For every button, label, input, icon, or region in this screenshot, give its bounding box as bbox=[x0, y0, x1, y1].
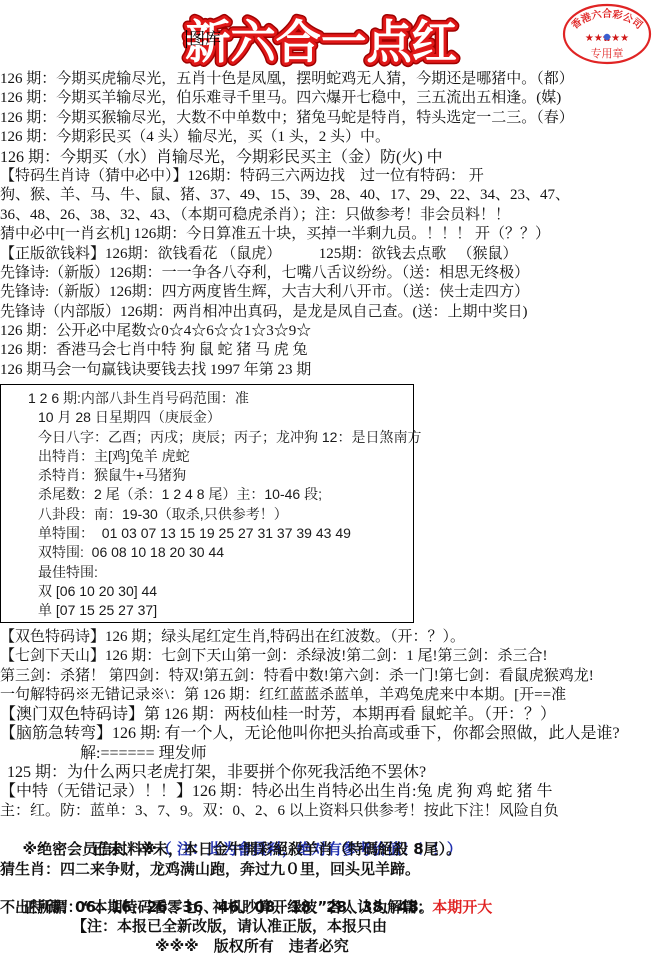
box-line: 双 [06 10 20 30] 44 bbox=[38, 582, 413, 601]
prediction-line: 【正版欲钱料】126期：欲钱看花 （鼠虎） 125期：欲钱去点歌 （猴鼠） bbox=[0, 245, 574, 264]
guess-zodiac-line: 猜生肖：四二来争财，龙鸡满山跑，奔过九０里，回头见羊蹄。 bbox=[0, 860, 620, 879]
poem-line: 先锋诗:（新版）126期：一一争各八夺利，七嘴八舌议纷纷。（送：相思无终极） bbox=[0, 264, 574, 283]
buchu-line: 不出特碼：06、16、26、36、46、08、18、28、38、48。 bbox=[0, 898, 620, 917]
zhengsuowei-answer: 本期开大 bbox=[432, 898, 492, 916]
member-line: ※绝密会员信封料※（ 注：此为會員料，绝对有参考价值！！！） bbox=[0, 821, 620, 840]
bagua-info-box: 1 2 6 期:内部八卦生肖号码范围：准 10 月 28 日星期四（庚辰金） 今… bbox=[0, 384, 414, 623]
aomen-poem: 【澳门双色特码诗】第 126 期：两枝仙桂一时芳，本期再看 鼠蛇羊。（开：？） bbox=[0, 705, 620, 724]
yiju-line: 一句解特码※无错记录※\：第 126 期：红红蓝蓝杀蓝单，羊鸡兔虎来中本期。[开… bbox=[0, 686, 620, 705]
qijian-line-1: 【七剑下天山】126 期：七剑下天山第一剑：杀绿波!第二剑：1 尾!第三剑：杀三… bbox=[0, 647, 620, 666]
copyright-line: ※※※ 版权所有 违者必究 bbox=[0, 937, 620, 956]
riddle-125: 125 期：为什么两只老虎打架，非要拼个你死我活绝不罢休? bbox=[0, 763, 620, 782]
box-line: 今日八字：乙酉；丙戌；庚辰；丙子；龙冲狗 12：是日煞南方 bbox=[38, 428, 413, 447]
prediction-line: 126 期马会一句赢钱诀要钱去找 1997 年第 23 期 bbox=[0, 361, 574, 380]
poem-header-line: 【特码生肖诗（猜中必中）】126期：特码三六两边找 过一位有特码： 开 bbox=[0, 167, 574, 186]
numbers-line: 36、48、26、38、32、43、（本期可稳虎杀肖）；注：只做参考！非会员料！… bbox=[0, 206, 574, 225]
zhengsuowei-line: 正所謂：“本期特码看零七，神机眇算开绿波”各人认为解篇：本期开大 bbox=[0, 879, 620, 898]
poem-line: 先锋诗（内部版）126期：两肖相冲出真码，是龙是凤自己查。(送：上期中奖日) bbox=[0, 303, 574, 322]
stamp-bottom-text: 专用章 bbox=[591, 46, 624, 60]
riddle-answer: 解:====== 理发师 bbox=[0, 744, 620, 763]
box-line: 杀特肖：猴鼠牛+马猪狗 bbox=[38, 466, 413, 485]
box-line: 八卦段：南：19-30（取杀,只供参考！） bbox=[38, 505, 413, 524]
tail-number-line: 126 期：公开必中尾数☆0☆4☆6☆☆1☆3☆9☆ bbox=[0, 322, 574, 341]
box-line: 1 2 6 期:内部八卦生肖号码范围：准 bbox=[28, 389, 413, 408]
newspaper-page: 新六合一点红 新六合一点红 图库 香港六合彩公司 ★★✿★★ 专用章 126 期… bbox=[0, 0, 653, 957]
box-line: 单 [07 15 25 27 37] bbox=[38, 601, 413, 620]
qijian-line-2: 第三剑：杀猪！ 第四剑：特双!第五剑：特看中数!第六剑：杀一门!第七剑：看鼠虎猴… bbox=[0, 667, 620, 686]
bottom-predictions: 【双色特码诗】126 期；绿头尾红定生肖,特码出在红波数。（开：？）。 【七剑下… bbox=[0, 628, 620, 956]
gallery-label: 图库 bbox=[186, 30, 221, 48]
prediction-line: 126 期：今期买猴输尽光，大数不中单数中；猪兔马蛇是特肖，特头选定一二三。（春… bbox=[0, 109, 574, 128]
box-line: 出特肖：主[鸡]兔羊 虎蛇 bbox=[38, 447, 413, 466]
flower-icon bbox=[604, 34, 610, 40]
poem-line: 先锋诗:（新版）126期：四方两度皆生辉，大吉大利八开市。（送：侠士走四方） bbox=[0, 283, 574, 302]
shuangse-poem: 【双色特码诗】126 期；绿头尾红定生肖,特码出在红波数。（开：？）。 bbox=[0, 628, 620, 647]
riddle-question: 【脑筋急转弯】126 期: 有一个人，无论他叫你把头抬高或垂下，你都会照做，此人… bbox=[0, 724, 620, 743]
prediction-line: 猜中必中[一肖玄机] 126期：今日算准五十块，买掉一半剩九员。！！！ 开（？？… bbox=[0, 225, 574, 244]
zhongte-line: 【中特（无错记录）！！】126 期：特必出生肖特必出生肖:兔 虎 狗 鸡 蛇 猪… bbox=[0, 782, 620, 801]
box-line: 最佳特围: bbox=[38, 563, 413, 582]
prediction-line: 126 期：今期彩民买（4 头）输尽光，买（1 头，2 头）中。 bbox=[0, 128, 574, 147]
prediction-line: 126 期：今期买虎输尽光，五肖十色是凤凰，摆明蛇鸡无人猜，今期还是哪猪中。（都… bbox=[0, 70, 574, 89]
zodiac-line: 126 期：香港马会七肖中特 狗 鼠 蛇 猪 马 虎 兔 bbox=[0, 341, 574, 360]
notice-line: 【注：本报已全新改版，请认准正版，本报只由 bbox=[0, 917, 620, 936]
box-line: 双特围: 06 08 10 18 20 30 44 bbox=[38, 543, 413, 562]
box-line: 杀尾数：2 尾（杀：1 2 4 8 尾）主：10-46 段; bbox=[38, 485, 413, 504]
prediction-line: 126 期：今期买羊输尽光，伯乐难寻千里马。四六爆开七稳中，三五流出五相逢。(媒… bbox=[0, 89, 574, 108]
title-banner: 新六合一点红 新六合一点红 bbox=[180, 8, 470, 68]
top-predictions: 126 期：今期买虎输尽光，五肖十色是凤凰，摆明蛇鸡无人猜，今期还是哪猪中。（都… bbox=[0, 70, 574, 380]
box-line: 10 月 28 日星期四（庚辰金） bbox=[38, 408, 413, 427]
zhu-line: 主：红。防：蓝单：3、7、9。双：0、2、6 以上资料只供参考！按此下注！风险自… bbox=[0, 802, 620, 821]
page-title: 新六合一点红 bbox=[185, 15, 457, 68]
box-line: 单特围： 01 03 07 13 15 19 25 27 31 37 39 43… bbox=[38, 524, 413, 543]
numbers-line: 狗、猴、羊、马、牛、鼠、猪、37、49、15、39、28、40、17、29、22… bbox=[0, 186, 574, 205]
company-stamp: 香港六合彩公司 ★★✿★★ 专用章 bbox=[560, 2, 652, 66]
prediction-line: 126 期：今期买（水）肖输尽光，今期彩民买主（金）防(火) 中 bbox=[0, 148, 574, 167]
jisha-line: 已未、辛未，本日金牛開彩絕殺羊肖（特碼絕殺 8尾）。 bbox=[0, 840, 620, 859]
